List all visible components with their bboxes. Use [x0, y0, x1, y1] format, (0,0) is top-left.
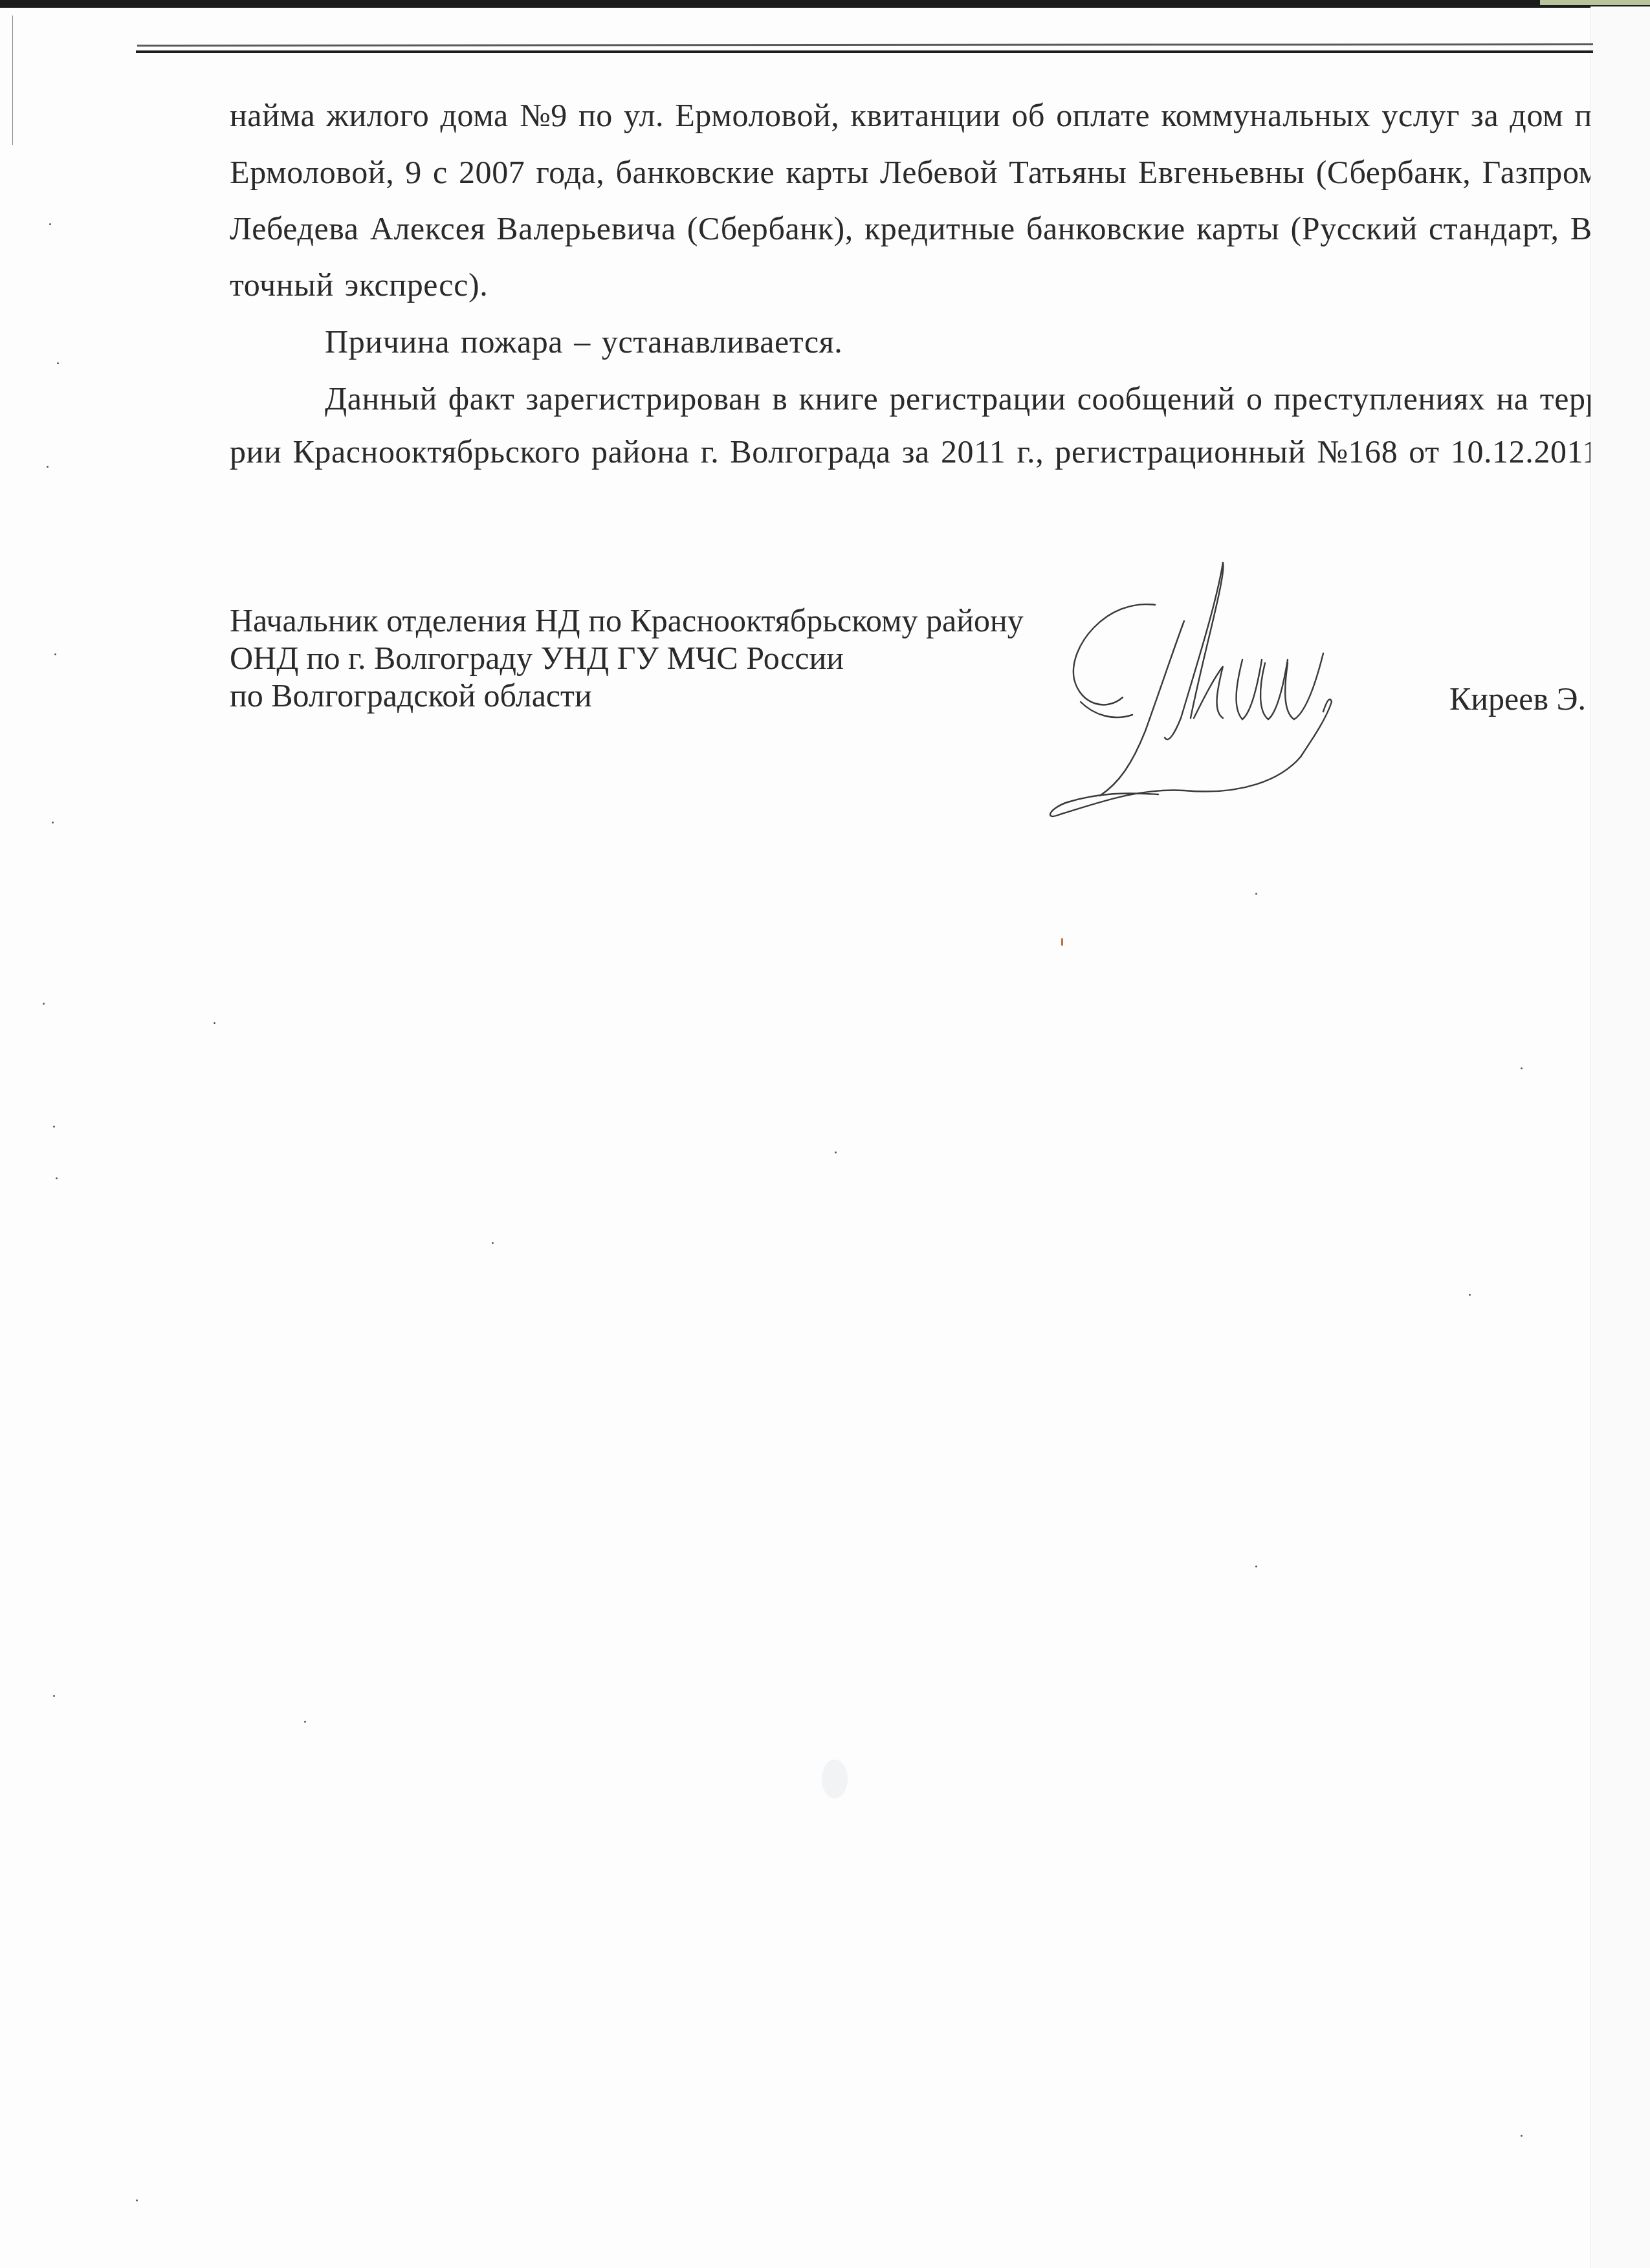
- signatory-position-line: ОНД по г. Волгограду УНД ГУ МЧС России: [230, 639, 844, 677]
- scan-speck: [1469, 1294, 1471, 1296]
- scan-speck: [53, 1126, 55, 1128]
- paragraph-line: Ермоловой, 9 с 2007 года, банковские кар…: [230, 153, 1590, 191]
- red-ink-mark: [1061, 938, 1063, 946]
- scan-speck: [492, 1242, 494, 1244]
- scan-speck: [1255, 1565, 1257, 1567]
- registration-line: рии Краснооктябрьского района г. Волгогр…: [230, 432, 1590, 471]
- signatory-position-line: по Волгоградской области: [230, 677, 592, 714]
- page-right-margin: [1590, 6, 1650, 2268]
- scan-smudge: [822, 1760, 848, 1798]
- paragraph-line: найма жилого дома №9 по ул. Ермоловой, к…: [230, 96, 1590, 135]
- scan-speck: [47, 466, 49, 468]
- handwritten-signature-icon: [1029, 550, 1443, 834]
- scan-speck: [304, 1721, 306, 1723]
- scan-speck: [136, 2199, 138, 2201]
- fire-cause-text: Причина пожара – устанавливается.: [325, 322, 842, 361]
- scan-speck: [1521, 1067, 1523, 1069]
- scan-speck: [214, 1022, 215, 1024]
- paragraph-line: точный экспресс).: [230, 265, 488, 304]
- scan-speck: [43, 1003, 45, 1005]
- scan-speck: [835, 1151, 837, 1153]
- scan-speck: [1521, 2135, 1523, 2137]
- registration-line: Данный факт зарегистрирован в книге реги…: [325, 379, 1590, 418]
- scan-speck: [49, 223, 51, 225]
- scan-speck: [53, 1695, 55, 1697]
- scan-speck: [56, 1177, 58, 1179]
- scan-speck: [57, 362, 59, 364]
- signatory-position-line: Начальник отделения НД по Краснооктябрьс…: [230, 602, 1024, 639]
- paragraph-line: Лебедева Алексея Валерьевича (Сбербанк),…: [230, 209, 1590, 248]
- scan-speck: [54, 653, 56, 655]
- signatory-name: Киреев Э.: [1449, 679, 1586, 718]
- text-body: найма жилого дома №9 по ул. Ермоловой, к…: [0, 0, 1590, 2268]
- scan-speck: [52, 822, 54, 823]
- scan-speck: [1255, 893, 1257, 895]
